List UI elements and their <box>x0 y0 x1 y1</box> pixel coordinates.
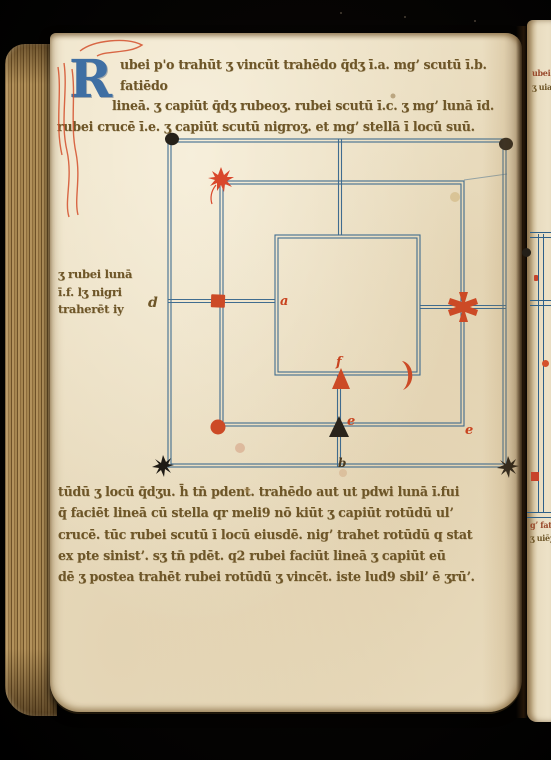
top-connector-line <box>339 139 342 235</box>
next-page-text-fragment: ʒ uiēʒ <box>530 533 551 543</box>
board-letter-a: a <box>280 294 288 309</box>
inner-square-line <box>275 235 420 375</box>
next-page-board-line <box>527 512 551 518</box>
board-letters: a f e e b <box>280 294 473 470</box>
red-circle-piece <box>211 420 226 435</box>
next-page-red-square-piece <box>531 472 539 481</box>
board-letter-f: f <box>335 355 344 370</box>
black-dot-piece <box>165 133 179 145</box>
red-starburst-piece <box>208 167 234 204</box>
photograph-of-manuscript: R ubei p'o trahūt ʒ vincūt trahēdo q̄dʒ … <box>0 0 551 760</box>
board-letter-e-corner: e <box>465 423 473 438</box>
board-letter-e-inner: e <box>347 414 355 429</box>
red-square-piece <box>211 294 225 307</box>
next-page-text-fragment: ʒ uia <box>532 82 551 92</box>
manuscript-page: R ubei p'o trahūt ʒ vincūt trahēdo q̄dʒ … <box>50 33 522 712</box>
dust-speck <box>474 20 476 22</box>
dust-speck <box>404 16 406 18</box>
merels-board-diagram: a f e e b <box>50 33 522 712</box>
board-letter-b: b <box>338 456 346 470</box>
next-page-sliver: ubei q ʒ uia gʼ fatī ʒ uiēʒ <box>527 20 551 722</box>
parchment-stains <box>235 94 460 494</box>
black-star-piece <box>152 455 174 477</box>
red-cross-piece <box>448 292 478 322</box>
next-page-text-fragment: gʼ fatī <box>530 520 551 530</box>
next-page-black-dot-piece <box>522 248 531 257</box>
inner-square-line <box>278 238 417 372</box>
dust-speck <box>340 12 342 14</box>
next-page-board-line <box>538 234 544 512</box>
next-page-red-burst-piece <box>542 360 549 367</box>
initial-penwork-flourish-icon <box>58 40 142 217</box>
next-page-text-fragment: ubei q <box>532 68 551 78</box>
red-triangle-piece <box>332 368 350 389</box>
